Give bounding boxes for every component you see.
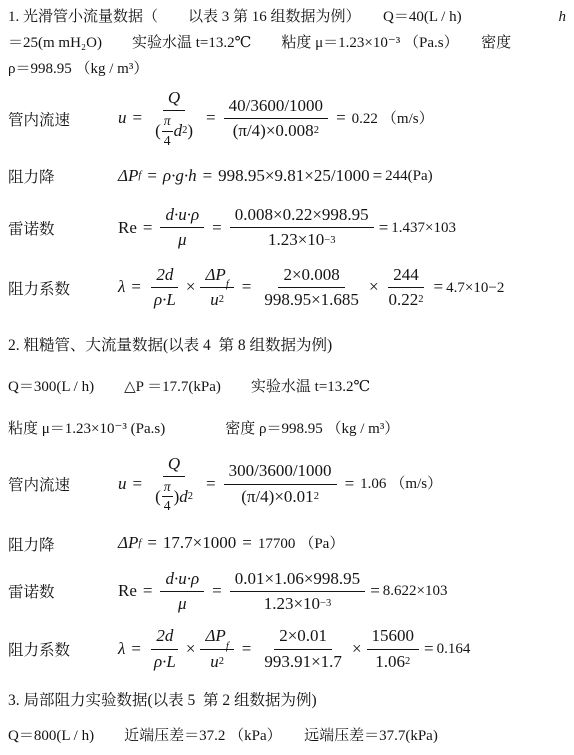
equals: = (147, 166, 157, 186)
denominator: 1.062 (370, 650, 415, 672)
equals: = (143, 581, 153, 601)
row-velocity-2: 管内流速 u = Q ( π 4 ) d2 = 300/3600/1000 (8, 454, 566, 515)
label-pressure-drop-1: 阻力降 (8, 165, 118, 187)
label-pipe-velocity-2: 管内流速 (8, 473, 118, 495)
formula-pressure-drop-1: ΔPf = ρ·g·h = 998.95×9.81×25/1000 = 244(… (118, 166, 433, 186)
numerator: 2×0.008 (278, 265, 344, 288)
section1-intro-line1-text: 1. 光滑管小流量数据（ 以表 3 第 16 组数据为例） Q＝40(L / h… (8, 4, 462, 30)
label-pressure-drop-2: 阻力降 (8, 533, 118, 555)
fraction-numeric: 0.01×1.06×998.95 1.23×10−3 (230, 569, 365, 615)
calc-expression: 998.95×9.81×25/1000 (218, 166, 369, 186)
section2-viscosity-line: 粘度 μ＝1.23×10⁻³ (Pa.s) 密度 ρ＝998.95 （kg / … (8, 416, 566, 442)
equals: = (242, 277, 252, 297)
var-d: d (174, 121, 183, 141)
numerator: 2×0.01 (274, 626, 332, 649)
result-value: 4.7×10 (446, 279, 488, 297)
denominator-base: (π/4)×0.008 (233, 121, 314, 141)
equals: = (147, 533, 157, 553)
calc-expression: 17.7×1000 (163, 533, 236, 553)
formula-reynolds-1: Re = d·u·ρ μ = 0.008×0.22×998.95 1.23×10… (118, 205, 456, 251)
numerator: 300/3600/1000 (224, 461, 337, 484)
numerator: 15600 (367, 626, 420, 649)
paren-open: ( (155, 121, 161, 141)
denominator: 0.222 (384, 288, 429, 310)
result-unit: （Pa） (299, 535, 344, 553)
numerator: 244 (388, 265, 424, 288)
equals: = (345, 474, 355, 494)
row-pressure-drop-1: 阻力降 ΔPf = ρ·g·h = 998.95×9.81×25/1000 = … (8, 165, 566, 187)
var-d: d (179, 487, 188, 507)
denominator-base: 1.23×10 (268, 230, 324, 250)
denominator-base: (π/4)×0.01 (241, 487, 313, 507)
fraction-symbolic: Q ( π 4 d2 ) (150, 88, 198, 149)
equals: = (203, 166, 213, 186)
section1-intro-line1-tail: h (559, 4, 567, 30)
fraction-numeric: 0.008×0.22×998.95 1.23×10−3 (230, 205, 374, 251)
fraction-dpf-over-u2: ΔPf u2 (200, 265, 233, 311)
label-reynolds-2: 雷诺数 (8, 580, 118, 602)
numerator: 2d (151, 265, 178, 288)
section2-flow-line: Q＝300(L / h) △P ＝17.7(kPa) 实验水温 t=13.2℃ (8, 374, 566, 400)
section1-intro-line2: ＝25(m mH₂O) 实验水温 t=13.2℃ 粘度 μ＝1.23×10⁻³ … (8, 30, 566, 56)
expr-rho-g-h: ρ·g·h (163, 166, 197, 186)
row-friction-factor-1: 阻力系数 λ = 2d ρ·L × ΔPf u2 = 2×0.008 998.9… (8, 265, 566, 311)
denominator-base: 1.06 (375, 652, 405, 672)
row-reynolds-2: 雷诺数 Re = d·u·ρ μ = 0.01×1.06×998.95 1.23… (8, 569, 566, 615)
numerator: 2d (151, 626, 178, 649)
result-value: 0.164 (437, 640, 471, 658)
section1-intro-line3: ρ＝998.95 （kg / m³） (8, 56, 566, 82)
fraction-numeric-1: 2×0.01 993.91×1.7 (259, 626, 347, 672)
fraction-dpf-over-u2: ΔPf u2 (200, 626, 233, 672)
paren-close: ) (187, 121, 193, 141)
result-value: 0.22 (352, 110, 378, 128)
denominator: ρ·L (149, 650, 181, 672)
equals: = (212, 581, 222, 601)
fraction-2d-over-rho-l: 2d ρ·L (149, 265, 181, 311)
formula-pipe-velocity-2: u = Q ( π 4 ) d2 = 300/3600/1000 (π/4) (118, 454, 442, 515)
fraction-2d-over-rho-l: 2d ρ·L (149, 626, 181, 672)
row-pressure-drop-2: 阻力降 ΔPf = 17.7×1000 = 17700 （Pa） (8, 533, 566, 555)
fraction-pi-over-4: π 4 (162, 479, 173, 515)
fraction-numeric: 40/3600/1000 (π/4)×0.0082 (224, 96, 328, 142)
var-re: Re (118, 581, 137, 601)
var-delta-p: ΔP (118, 533, 138, 553)
denominator-4: 4 (162, 132, 173, 149)
formula-friction-factor-1: λ = 2d ρ·L × ΔPf u2 = 2×0.008 998.95×1.6… (118, 265, 504, 311)
multiply-sign: × (369, 277, 379, 297)
numerator: d·u·ρ (160, 205, 204, 228)
denominator: ( π 4 d2 ) (150, 111, 198, 149)
equals: = (242, 639, 252, 659)
fraction-numeric-1: 2×0.008 998.95×1.685 (259, 265, 364, 311)
equals: = (379, 218, 389, 238)
section2-heading: 2. 粗糙管、大流量数据(以表 4 第 8 组数据为例) (8, 335, 566, 356)
var-u: u (118, 108, 127, 128)
denominator: ( π 4 ) d2 (150, 477, 198, 515)
equals: = (206, 108, 216, 128)
formula-pressure-drop-2: ΔPf = 17.7×1000 = 17700 （Pa） (118, 533, 344, 553)
denominator: (π/4)×0.012 (236, 485, 324, 507)
section3-heading: 3. 局部阻力实验数据(以表 5 第 2 组数据为例) (8, 690, 566, 711)
fraction-symbolic: d·u·ρ μ (160, 205, 204, 251)
var-re: Re (118, 218, 137, 238)
denominator-4: 4 (162, 497, 173, 514)
multiply-sign: × (352, 639, 362, 659)
label-friction-factor-1: 阻力系数 (8, 277, 118, 299)
numerator-pi: π (162, 113, 173, 131)
denominator: u2 (205, 650, 229, 672)
equals: = (212, 218, 222, 238)
label-pipe-velocity-1: 管内流速 (8, 108, 118, 130)
var-delta-p: ΔP (205, 265, 225, 285)
denominator: (π/4)×0.0082 (228, 119, 324, 141)
var-u: u (118, 474, 127, 494)
formula-friction-factor-2: λ = 2d ρ·L × ΔPf u2 = 2×0.01 993.91×1.7 … (118, 626, 470, 672)
numerator: Q (163, 454, 185, 477)
denominator: 1.23×10−3 (263, 228, 341, 250)
label-friction-factor-2: 阻力系数 (8, 638, 118, 660)
fraction-numeric-2: 244 0.222 (384, 265, 429, 311)
denominator: μ (173, 228, 192, 250)
equals: = (131, 639, 141, 659)
equals: = (143, 218, 153, 238)
result-value: 1.437×10 (391, 219, 448, 237)
fraction-pi-over-4: π 4 (162, 113, 173, 149)
equals: = (133, 108, 143, 128)
numerator-pi: π (162, 479, 173, 497)
numerator: ΔPf (200, 265, 233, 288)
denominator-base: 0.22 (389, 290, 419, 310)
result-unit: （m/s） (390, 475, 442, 493)
var-lambda: λ (118, 639, 125, 659)
lab-report-document: 1. 光滑管小流量数据（ 以表 3 第 16 组数据为例） Q＝40(L / h… (0, 0, 574, 749)
numerator: Q (163, 88, 185, 111)
result-value: 8.622×10 (383, 582, 440, 600)
denominator: μ (173, 592, 192, 614)
formula-reynolds-2: Re = d·u·ρ μ = 0.01×1.06×998.95 1.23×10−… (118, 569, 448, 615)
section3-flow-line: Q＝800(L / h) 近端压差＝37.2 （kPa） 远端压差＝37.7(k… (8, 723, 566, 749)
fraction-symbolic: d·u·ρ μ (160, 569, 204, 615)
denominator: u2 (205, 288, 229, 310)
row-friction-factor-2: 阻力系数 λ = 2d ρ·L × ΔPf u2 = 2×0.01 993.91… (8, 626, 566, 672)
numerator: ΔPf (200, 626, 233, 649)
label-reynolds-1: 雷诺数 (8, 217, 118, 239)
result-value: 17700 (258, 535, 296, 553)
equals: = (370, 581, 380, 601)
denominator: ρ·L (149, 288, 181, 310)
var-u: u (210, 290, 219, 310)
row-velocity-1: 管内流速 u = Q ( π 4 d2 ) = 40/3600/1000 (8, 88, 566, 149)
result-value: 244 (385, 167, 408, 185)
formula-pipe-velocity-1: u = Q ( π 4 d2 ) = 40/3600/1000 (π/4)× (118, 88, 434, 149)
result-unit: (Pa) (408, 167, 433, 185)
var-u: u (210, 652, 219, 672)
denominator: 998.95×1.685 (259, 288, 364, 310)
equals: = (336, 108, 346, 128)
fraction-numeric: 300/3600/1000 (π/4)×0.012 (224, 461, 337, 507)
result-unit: （m/s） (382, 110, 434, 128)
result-value: 1.06 (360, 475, 386, 493)
paren-open: ( (155, 487, 161, 507)
row-reynolds-1: 雷诺数 Re = d·u·ρ μ = 0.008×0.22×998.95 1.2… (8, 205, 566, 251)
fraction-numeric-2: 15600 1.062 (367, 626, 420, 672)
equals: = (424, 639, 434, 659)
section1-intro-line1: 1. 光滑管小流量数据（ 以表 3 第 16 组数据为例） Q＝40(L / h… (8, 4, 566, 30)
multiply-sign: × (186, 639, 196, 659)
denominator-base: 1.23×10 (264, 594, 320, 614)
equals: = (206, 474, 216, 494)
equals: = (133, 474, 143, 494)
var-delta-p: ΔP (205, 626, 225, 646)
numerator: 0.01×1.06×998.95 (230, 569, 365, 592)
numerator: 40/3600/1000 (224, 96, 328, 119)
equals: = (131, 277, 141, 297)
equals: = (434, 277, 444, 297)
var-lambda: λ (118, 277, 125, 297)
multiply-sign: × (186, 277, 196, 297)
numerator: d·u·ρ (160, 569, 204, 592)
denominator: 993.91×1.7 (259, 650, 347, 672)
equals: = (373, 166, 383, 186)
denominator: 1.23×10−3 (259, 592, 337, 614)
equals: = (242, 533, 252, 553)
numerator: 0.008×0.22×998.95 (230, 205, 374, 228)
var-delta-p: ΔP (118, 166, 138, 186)
fraction-symbolic: Q ( π 4 ) d2 (150, 454, 198, 515)
